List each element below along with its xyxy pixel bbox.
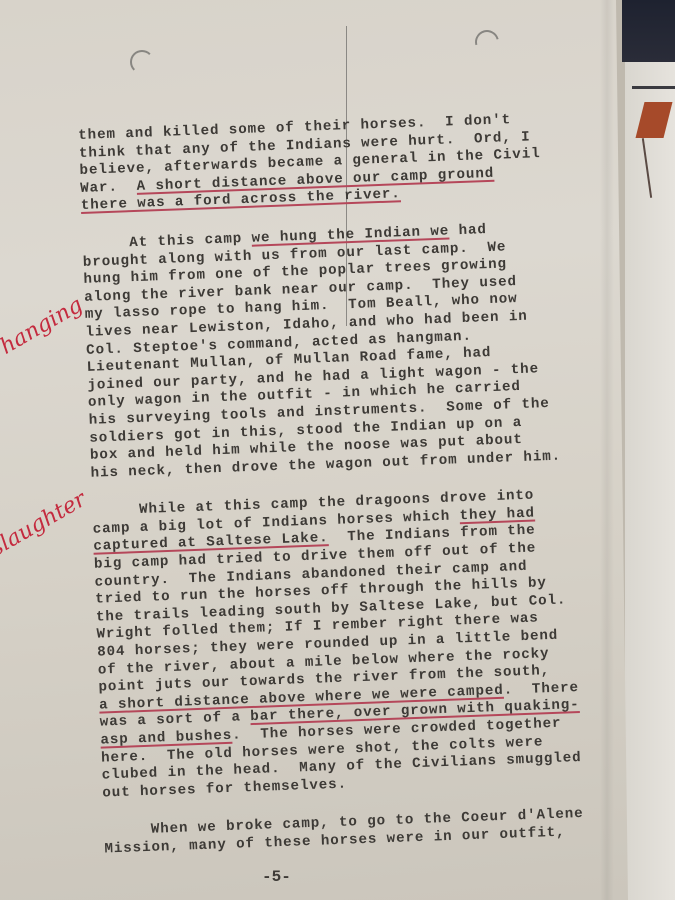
background-rule-line [632, 86, 675, 89]
underlined-text: they had [459, 505, 535, 524]
text-segment: War. [80, 179, 137, 197]
margin-annotation-slaughter: slaughter [0, 487, 91, 562]
paragraph: them and killed some of their horses. I … [78, 109, 611, 216]
paragraph: While at this camp the dragoons drove in… [92, 485, 633, 803]
page-number: -5- [262, 868, 291, 886]
punch-hole-mark [471, 26, 504, 59]
typed-body-text: them and killed some of their horses. I … [78, 109, 635, 880]
background-dark-area [622, 0, 675, 62]
punch-hole-mark [130, 50, 154, 74]
text-segment: . There [503, 680, 579, 699]
paragraph: At this camp we hung the Indian we hadbr… [82, 217, 621, 483]
margin-annotation-hanging: hanging [0, 293, 87, 360]
paragraph: When we broke camp, to go to the Coeur d… [104, 804, 635, 859]
typed-page: them and killed some of their horses. I … [0, 0, 628, 900]
text-segment: had [449, 222, 487, 239]
